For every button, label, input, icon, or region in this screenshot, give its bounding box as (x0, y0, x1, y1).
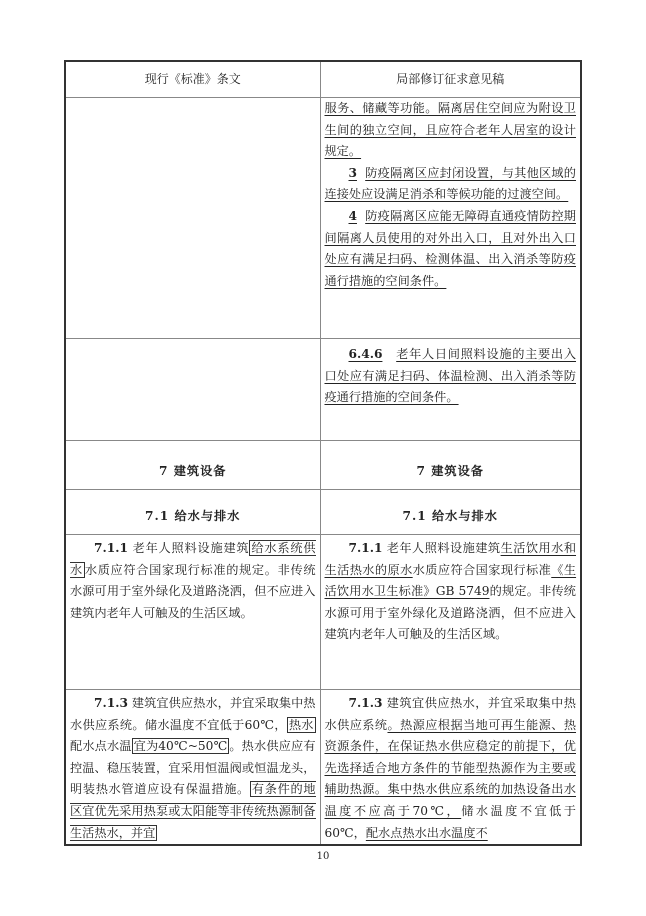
cell-empty (65, 339, 320, 441)
section-row: 7 建筑设备 7 建筑设备 (65, 441, 581, 490)
subsection-heading-left: 7.1 给水与排水 (65, 490, 320, 535)
clause-text: 老年人照料设施建筑 (382, 541, 500, 555)
cell-revision-711: 7.1.1 老年人照料设施建筑生活饮用水和生活热水的原水水质应符合国家现行标准《… (320, 535, 581, 690)
item-number: 3 (349, 166, 357, 180)
section-row: 7.1 给水与排水 7.1 给水与排水 (65, 490, 581, 535)
revision-text: 防疫隔离区应封闭设置，与其他区域的连接处应设满足消杀和等候功能的过渡空间。 (325, 166, 577, 202)
section-heading-right: 7 建筑设备 (320, 441, 581, 490)
table-row: 服务、储藏等功能。隔离居住空间应为附设卫生间的独立空间，且应符合老年人居室的设计… (65, 98, 581, 339)
header-current-standard: 现行《标准》条文 (65, 61, 320, 98)
boxed-text: 热水 (287, 717, 316, 733)
clause-text: 水质应符合国家现行标 (413, 563, 539, 577)
clause-number: 7.1.3 (349, 696, 383, 710)
cell-revision-646: 6.4.6 老年人日间照料设施的主要出入口处应有满足扫码、体温检测、出入消杀等防… (320, 339, 581, 441)
clause-text: 老年人照料设施建筑 (128, 541, 249, 555)
cell-revision-713: 7.1.3 建筑宜供应热水，并宜采取集中热水供应系统。热源应根据当地可再生能源、… (320, 690, 581, 846)
clause-number: 7.1.1 (349, 541, 383, 555)
cell-current-713: 7.1.3 建筑宜供应热水，并宜采取集中热水供应系统。储水温度不宜低于60℃，热… (65, 690, 320, 846)
revision-text: 服务、储藏等功能。隔离居住空间应为附设卫生间的独立空间，且应符合老年人居室的设计… (325, 101, 577, 158)
table-row: 7.1.1 老年人照料设施建筑给水系统供水水质应符合国家现行标准的规定。非传统水… (65, 535, 581, 690)
cell-current-711: 7.1.1 老年人照料设施建筑给水系统供水水质应符合国家现行标准的规定。非传统水… (65, 535, 320, 690)
clause-number: 6.4.6 (349, 347, 383, 361)
table-row: 6.4.6 老年人日间照料设施的主要出入口处应有满足扫码、体温检测、出入消杀等防… (65, 339, 581, 441)
item-number: 4 (349, 209, 357, 223)
clause-number: 7.1.1 (94, 541, 128, 555)
revision-text: 配水点热水出水温度不 (366, 826, 488, 840)
section-heading-left: 7 建筑设备 (65, 441, 320, 490)
boxed-text: 宜为40℃~50℃ (132, 738, 230, 754)
clause-text: 配水点水温 (70, 739, 132, 753)
table-row: 7.1.3 建筑宜供应热水，并宜采取集中热水供应系统。储水温度不宜低于60℃，热… (65, 690, 581, 846)
table-header-row: 现行《标准》条文 局部修订征求意见稿 (65, 61, 581, 98)
revision-text: 防疫隔离区应能无障碍直通疫情防控期间隔离人员使用的对外出入口，且对外出入口处应有… (325, 209, 577, 288)
comparison-table: 现行《标准》条文 局部修订征求意见稿 服务、储藏等功能。隔离居住空间应为附设卫生… (64, 60, 582, 846)
subsection-heading-right: 7.1 给水与排水 (320, 490, 581, 535)
cell-empty (65, 98, 320, 339)
clause-number: 7.1.3 (94, 696, 128, 710)
cell-revision-isolation: 服务、储藏等功能。隔离居住空间应为附设卫生间的独立空间，且应符合老年人居室的设计… (320, 98, 581, 339)
clause-text: 水质应符合国家现行标准的规定。非传统水源可用于室外绿化及道路浇洒，但不应进入建筑… (70, 563, 316, 620)
page-number: 10 (0, 851, 646, 862)
clause-text: 准 (539, 563, 552, 577)
revision-text: 。热源应根据当地可再生能源、热资源条件，在保证热水供应稳定的前提下，优先选择适合… (325, 718, 577, 818)
header-revision-draft: 局部修订征求意见稿 (320, 61, 581, 98)
